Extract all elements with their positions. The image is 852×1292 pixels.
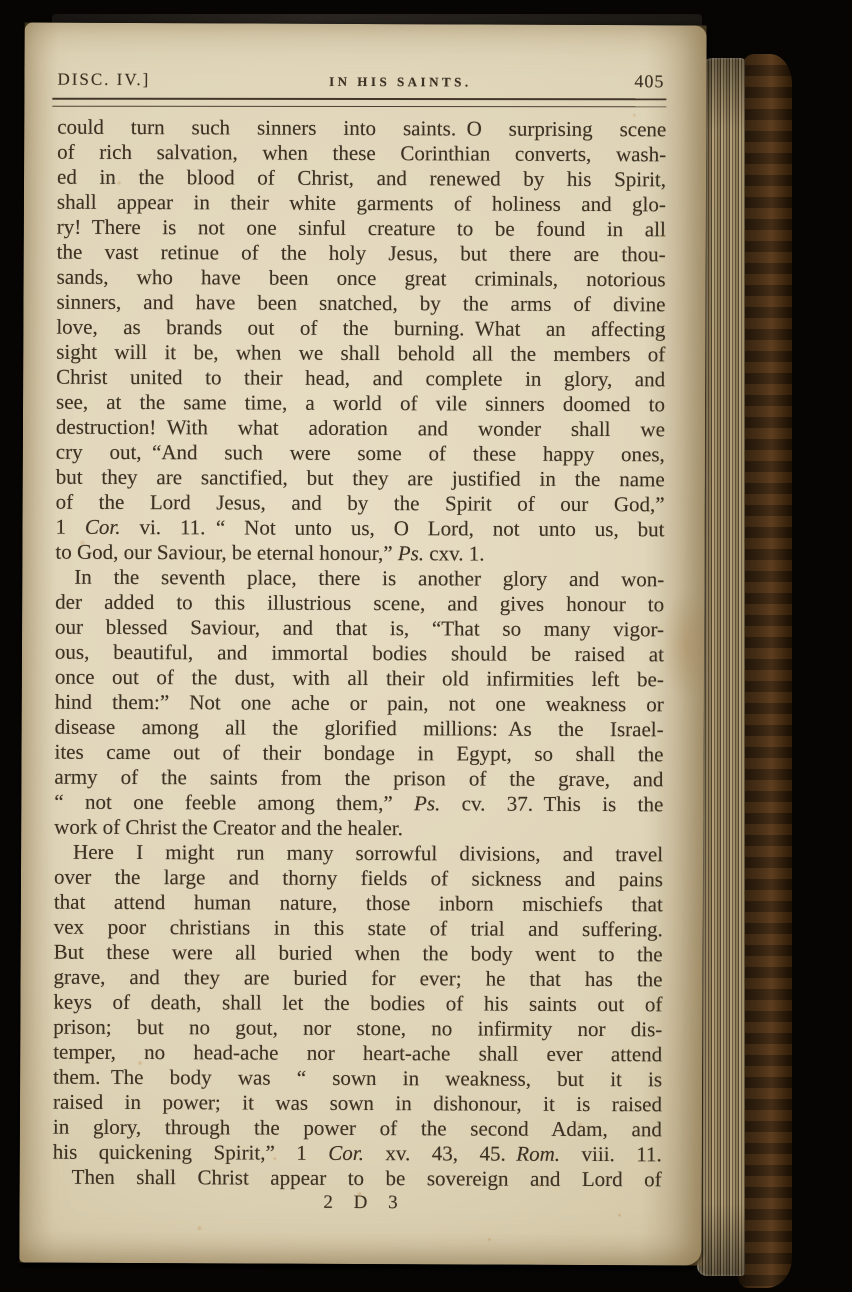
text-segment: ry! There is not one sinful creature to … <box>57 215 666 242</box>
text-segment: “ not one feeble among them,” <box>54 790 414 816</box>
text-line: Here I might run many sorrowful division… <box>54 840 663 868</box>
text-segment: over the large and thorny fields of sick… <box>54 865 663 892</box>
text-line: grave, and they are buried for ever; he … <box>53 965 662 993</box>
text-line: shall appear in their white garments of … <box>57 190 666 218</box>
scripture-reference: Rom. <box>516 1142 560 1166</box>
text-line: der added to this illustrious scene, and… <box>55 590 664 618</box>
text-segment: 1 <box>55 515 85 539</box>
text-line: raised in power; it was sown in dishonou… <box>53 1090 662 1118</box>
text-segment: sands, who have been once great criminal… <box>57 265 666 292</box>
text-segment: der added to this illustrious scene, and… <box>55 590 664 617</box>
book-page: DISC. IV.] IN HIS SAINTS. 405 could turn… <box>19 23 706 1266</box>
text-line: But these were all buried when the body … <box>54 940 663 968</box>
text-segment: keys of death, shall let the bodies of h… <box>53 990 662 1017</box>
text-segment: see, at the same time, a world of vile s… <box>56 390 665 417</box>
scripture-reference: Cor. <box>85 515 121 539</box>
text-segment: ites came out of their bondage in Egypt,… <box>54 740 663 767</box>
text-segment: sinners, and have been snatched, by the … <box>56 290 665 317</box>
text-line: work of Christ the Creator and the heale… <box>54 815 663 843</box>
text-line: In the seventh place, there is another g… <box>55 565 664 593</box>
text-line: hind them:” Not one ache or pain, not on… <box>55 690 664 718</box>
text-segment: sight will it be, when we shall behold a… <box>56 340 665 367</box>
text-line: army of the saints from the prison of th… <box>54 765 663 793</box>
text-line: of the Lord Jesus, and by the Spirit of … <box>56 490 665 518</box>
text-segment: shall appear in their white garments of … <box>57 190 666 217</box>
page-surface: DISC. IV.] IN HIS SAINTS. 405 could turn… <box>19 23 706 1266</box>
text-line: in glory, through the power of the secon… <box>53 1115 662 1143</box>
text-segment: Here I might run many sorrowful division… <box>73 840 663 867</box>
book-cover-board <box>738 54 792 1288</box>
text-segment: raised in power; it was sown in dishonou… <box>53 1090 662 1117</box>
text-line: over the large and thorny fields of sick… <box>54 865 663 893</box>
text-segment: cv. 37. This is the <box>440 791 663 816</box>
text-segment: them. The body was “ sown in weakness, b… <box>53 1065 662 1092</box>
text-line: love, as brands out of the burning. What… <box>56 315 665 343</box>
text-segment: could turn such sinners into saints. O s… <box>57 115 666 142</box>
text-segment: But these were all buried when the body … <box>54 940 663 967</box>
text-line: could turn such sinners into saints. O s… <box>57 115 666 143</box>
text-line: cry out, “And such were some of these ha… <box>56 440 665 468</box>
text-line: ous, beautiful, and immortal bodies shou… <box>55 640 664 668</box>
text-segment: Christ united to their head, and complet… <box>56 365 665 392</box>
text-segment: our blessed Saviour, and that is, “That … <box>55 615 664 642</box>
text-segment: love, as brands out of the burning. What… <box>56 315 665 342</box>
text-line: the vast retinue of the holy Jesus, but … <box>57 240 666 268</box>
discourse-label: DISC. IV.] <box>57 70 150 90</box>
text-segment: in glory, through the power of the secon… <box>53 1115 662 1142</box>
text-segment: hind them:” Not one ache or pain, not on… <box>55 690 664 717</box>
text-line: disease among all the glorified millions… <box>55 715 664 743</box>
text-line: “ not one feeble among them,” Ps. cv. 37… <box>54 790 663 818</box>
text-segment: once out of the dust, with all their old… <box>55 665 664 692</box>
text-segment: xv. 43, 45. <box>364 1141 516 1166</box>
page-number: 405 <box>634 71 664 92</box>
text-line: ed in the blood of Christ, and renewed b… <box>57 165 666 193</box>
text-segment: but they are sanctified, but they are ju… <box>56 465 665 492</box>
text-segment: disease among all the glorified millions… <box>55 715 664 742</box>
running-head: DISC. IV.] IN HIS SAINTS. 405 <box>57 69 664 93</box>
text-line: vex poor christians in this state of tri… <box>54 915 663 943</box>
text-segment: grave, and they are buried for ever; he … <box>53 965 662 992</box>
text-line: sinners, and have been snatched, by the … <box>56 290 665 318</box>
body-lines: could turn such sinners into saints. O s… <box>53 115 667 1193</box>
text-line: prison; but no gout, nor stone, no infir… <box>53 1015 662 1043</box>
photo-background: DISC. IV.] IN HIS SAINTS. 405 could turn… <box>0 0 852 1292</box>
signature-mark: 2 D 3 <box>20 1191 702 1216</box>
text-line: our blessed Saviour, and that is, “That … <box>55 615 664 643</box>
text-segment: temper, no head-ache nor heart-ache shal… <box>53 1040 662 1067</box>
text-line: ites came out of their bondage in Egypt,… <box>54 740 663 768</box>
text-segment: of the Lord Jesus, and by the Spirit of … <box>56 490 665 517</box>
text-line: Christ united to their head, and complet… <box>56 365 665 393</box>
text-line: that attend human nature, those inborn m… <box>54 890 663 918</box>
text-line: to God, our Saviour, be eternal honour,”… <box>55 540 664 568</box>
text-segment: vi. 11. “ Not unto us, O Lord, not unto … <box>121 515 665 541</box>
text-line: keys of death, shall let the bodies of h… <box>53 990 662 1018</box>
text-segment: that attend human nature, those inborn m… <box>54 890 663 917</box>
text-segment: ed in the blood of Christ, and renewed b… <box>57 165 666 192</box>
text-segment: to God, our Saviour, be eternal honour,” <box>55 540 398 565</box>
text-segment: his quickening Spirit,” 1 <box>53 1140 329 1165</box>
text-line: of rich salvation, when these Corinthian… <box>57 140 666 168</box>
text-line: ry! There is not one sinful creature to … <box>57 215 666 243</box>
text-line: Then shall Christ appear to be sovereign… <box>53 1165 662 1193</box>
text-segment: cxv. 1. <box>424 541 485 565</box>
text-line: but they are sanctified, but they are ju… <box>56 465 665 493</box>
scripture-reference: Ps. <box>398 541 424 565</box>
text-segment: army of the saints from the prison of th… <box>54 765 663 792</box>
scripture-reference: Ps. <box>414 791 440 815</box>
text-line: see, at the same time, a world of vile s… <box>56 390 665 418</box>
text-segment: the vast retinue of the holy Jesus, but … <box>57 240 666 267</box>
text-segment: prison; but no gout, nor stone, no infir… <box>53 1015 662 1042</box>
text-line: temper, no head-ache nor heart-ache shal… <box>53 1040 662 1068</box>
text-segment: ous, beautiful, and immortal bodies shou… <box>55 640 664 667</box>
text-segment: work of Christ the Creator and the heale… <box>54 815 403 841</box>
text-line: once out of the dust, with all their old… <box>55 665 664 693</box>
text-line: sands, who have been once great criminal… <box>57 265 666 293</box>
text-line: destruction! With what adoration and won… <box>56 415 665 443</box>
header-double-rule <box>52 98 666 108</box>
text-segment: cry out, “And such were some of these ha… <box>56 440 665 467</box>
text-segment: Then shall Christ appear to be sovereign… <box>72 1165 662 1192</box>
text-line: them. The body was “ sown in weakness, b… <box>53 1065 662 1093</box>
text-segment: destruction! With what adoration and won… <box>56 415 665 442</box>
text-line: sight will it be, when we shall behold a… <box>56 340 665 368</box>
running-title: IN HIS SAINTS. <box>329 74 472 91</box>
text-segment: In the seventh place, there is another g… <box>74 565 664 592</box>
text-segment: of rich salvation, when these Corinthian… <box>57 140 666 167</box>
text-segment: viii. 11. <box>560 1142 662 1166</box>
text-segment: vex poor christians in this state of tri… <box>54 915 663 942</box>
scripture-reference: Cor. <box>328 1141 364 1165</box>
text-line: 1 Cor. vi. 11. “ Not unto us, O Lord, no… <box>55 515 664 543</box>
text-line: his quickening Spirit,” 1 Cor. xv. 43, 4… <box>53 1140 662 1168</box>
